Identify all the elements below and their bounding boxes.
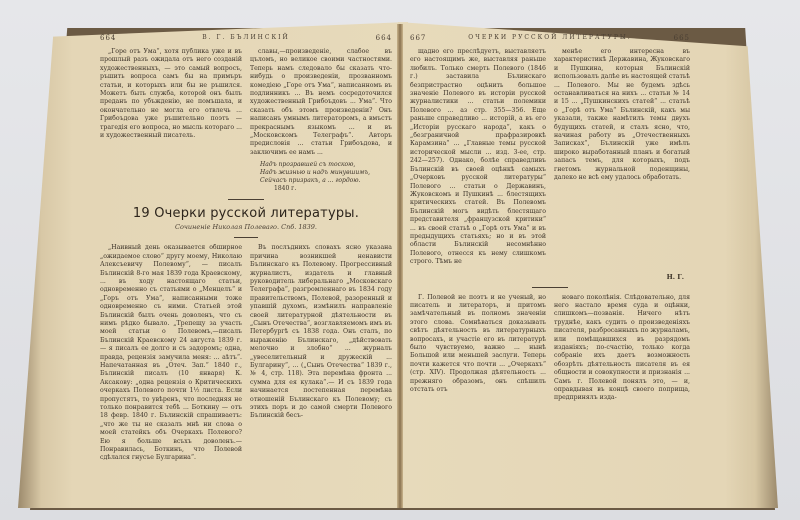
left-top-col-1: „Горе отъ Ума“, хотя публика уже и въ пр… — [100, 48, 242, 193]
subtitle-divider — [234, 237, 258, 238]
paragraph: Г. Полевой не поэтъ и не ученый, но писа… — [410, 294, 546, 395]
paragraph: „Горе отъ Ума“, хотя публика уже и въ пр… — [100, 48, 242, 140]
signature: Н. Г. — [410, 273, 684, 281]
left-bottom-col-1: „Наивный день оказывается обширное „ожид… — [100, 244, 242, 465]
left-bottom-columns: „Наивный день оказывается обширное „ожид… — [100, 244, 392, 465]
left-running-title: В. Г. БЪЛИНСКІЙ — [202, 34, 290, 42]
paragraph: менѣе его интересна въ характеристикѣ Де… — [554, 48, 690, 183]
right-top-columns: щадно его преслѣдуетъ, выставляетъ его н… — [410, 48, 690, 269]
left-page-number: 664 — [100, 34, 116, 42]
section-title: Очерки русской литературы. — [154, 206, 359, 221]
left-page-number-outer: 664 — [376, 34, 392, 42]
poem: Надъ прозравшей съ тоскою, Надъ жизнью и… — [260, 161, 392, 193]
paragraph: „Наивный день оказывается обширное „ожид… — [100, 244, 242, 463]
book-gutter — [397, 24, 403, 508]
section-divider — [228, 199, 264, 200]
left-running-head: 664 В. Г. БЪЛИНСКІЙ 664 — [100, 34, 392, 42]
left-top-col-2: славы,—произведеніе, слабое въ цъломъ, н… — [250, 48, 392, 193]
section-subtitle: Сочиненіе Николая Полеваго. Спб. 1839. — [100, 223, 392, 231]
paragraph: славы,—произведеніе, слабое въ цъломъ, н… — [250, 48, 392, 157]
section-heading: 19 Очерки русской литературы. — [100, 206, 392, 221]
right-page-number: 665 — [674, 34, 690, 42]
right-page: 667 ОЧЕРКИ РУССКОЙ ЛИТЕРАТУРЫ. 665 щадно… — [410, 34, 690, 496]
paragraph: Въ послъднихъ словахъ ясно указана причи… — [250, 244, 392, 421]
right-running-head: 667 ОЧЕРКИ РУССКОЙ ЛИТЕРАТУРЫ. 665 — [410, 34, 690, 42]
article-divider — [532, 287, 568, 288]
right-top-col-2: менѣе его интересна въ характеристикѣ Де… — [554, 48, 690, 269]
poem-date: 1840 г. — [274, 185, 392, 193]
right-page-marker: 667 — [410, 34, 426, 42]
paragraph: щадно его преслѣдуетъ, выставляетъ его н… — [410, 48, 546, 267]
right-bottom-col-1: Г. Полевой не поэтъ и не ученый, но писа… — [410, 294, 546, 405]
poem-line: Сейчасъ призракъ, а ... гордою. — [260, 177, 392, 185]
right-running-title: ОЧЕРКИ РУССКОЙ ЛИТЕРАТУРЫ. — [468, 34, 631, 42]
left-page: 664 В. Г. БЪЛИНСКІЙ 664 „Горе отъ Ума“, … — [100, 34, 392, 496]
section-number: 19 — [133, 206, 150, 221]
right-top-col-1: щадно его преслѣдуетъ, выставляетъ его н… — [410, 48, 546, 269]
paragraph: новаго поколѣнія. Слѣдовательно, для нег… — [554, 294, 690, 403]
right-bottom-col-2: новаго поколѣнія. Слѣдовательно, для нег… — [554, 294, 690, 405]
poem-line: Надъ прозравшей съ тоскою, — [260, 161, 392, 169]
poem-line: Надъ жизнью и надъ минувшимъ, — [260, 169, 392, 177]
right-bottom-columns: Г. Полевой не поэтъ и не ученый, но писа… — [410, 294, 690, 405]
left-top-columns: „Горе отъ Ума“, хотя публика уже и въ пр… — [100, 48, 392, 193]
left-bottom-col-2: Въ послъднихъ словахъ ясно указана причи… — [250, 244, 392, 465]
